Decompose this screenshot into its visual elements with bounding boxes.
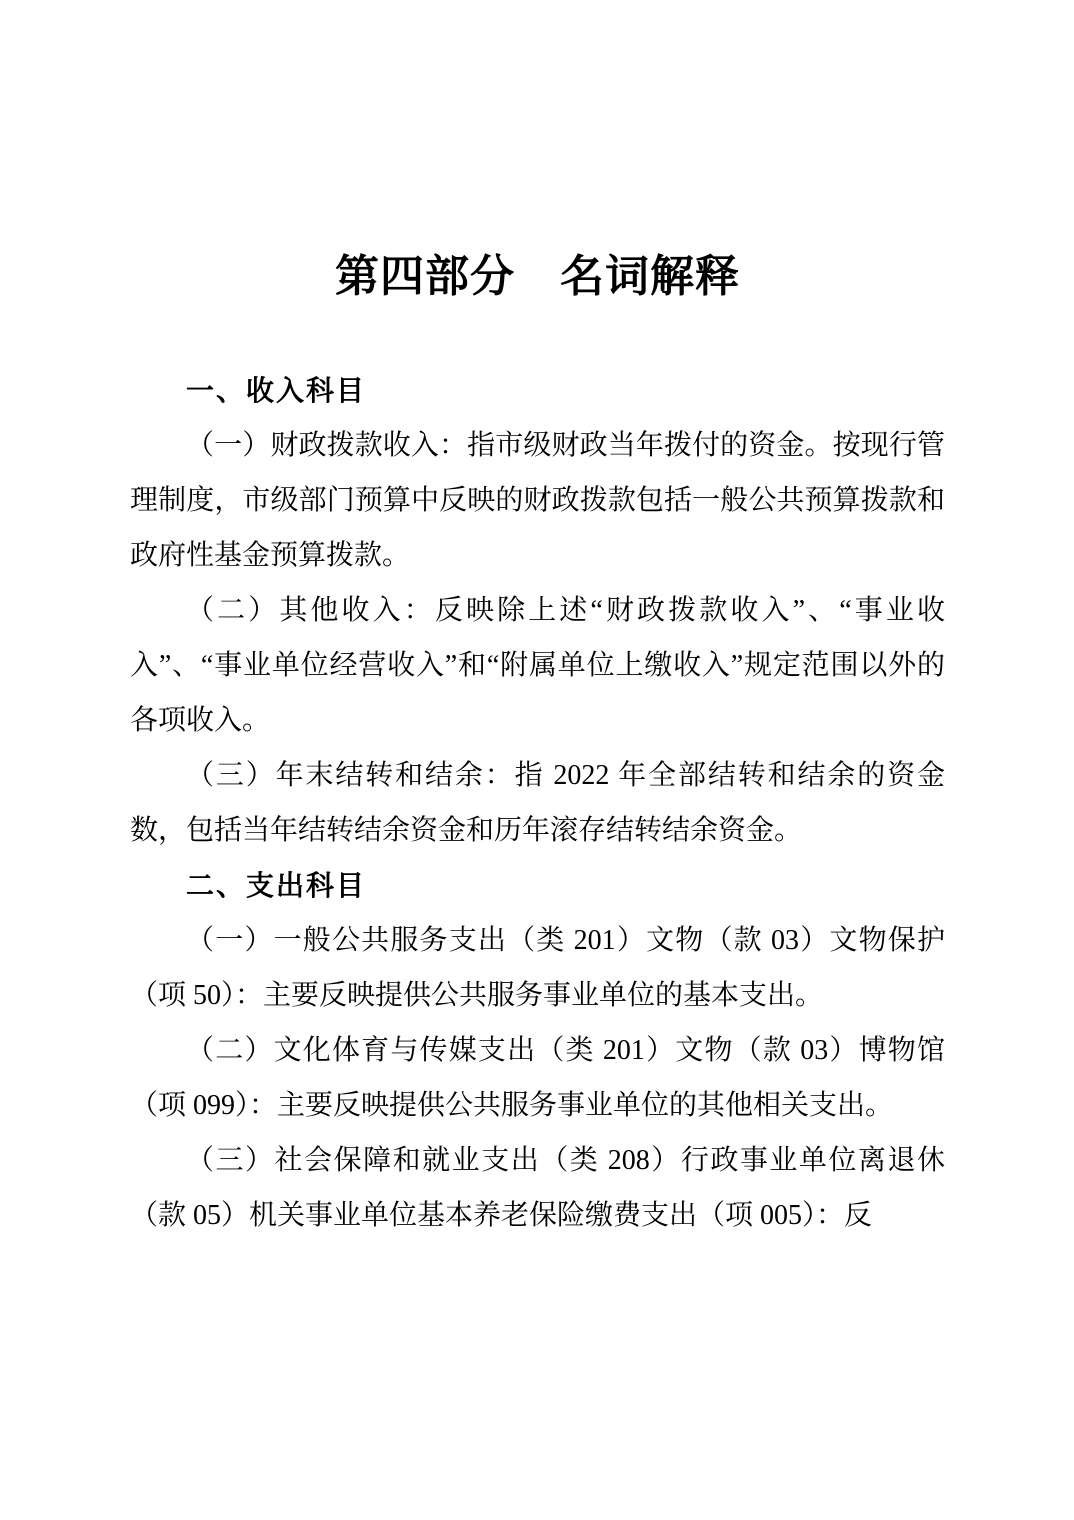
page-title: 第四部分 名词解释 xyxy=(130,253,945,301)
paragraph-expenditure-1: （一）一般公共服务支出（类 201）文物（款 03）文物保护（项 50）：主要反… xyxy=(130,913,945,1023)
paragraph-expenditure-2: （二）文化体育与传媒支出（类 201）文物（款 03）博物馆（项 099）：主要… xyxy=(130,1023,945,1133)
paragraph-income-2: （二）其他收入：反映除上述“财政拨款收入”、“事业收入”、“事业单位经营收入”和… xyxy=(130,583,945,748)
paragraph-income-1: （一）财政拨款收入：指市级财政当年拨付的资金。按现行管理制度，市级部门预算中反映… xyxy=(130,418,945,583)
paragraph-expenditure-3: （三）社会保障和就业支出（类 208）行政事业单位离退休（款 05）机关事业单位… xyxy=(130,1133,945,1243)
paragraph-income-3: （三）年末结转和结余：指 2022 年全部结转和结余的资金数，包括当年结转结余资… xyxy=(130,748,945,858)
document-body: 一、收入科目 （一）财政拨款收入：指市级财政当年拨付的资金。按现行管理制度，市级… xyxy=(130,363,945,1243)
section-heading-expenditure: 二、支出科目 xyxy=(130,858,945,913)
document-page: 第四部分 名词解释 一、收入科目 （一）财政拨款收入：指市级财政当年拨付的资金。… xyxy=(0,0,1074,1520)
section-heading-income: 一、收入科目 xyxy=(130,363,945,418)
document-content: 第四部分 名词解释 一、收入科目 （一）财政拨款收入：指市级财政当年拨付的资金。… xyxy=(130,0,945,1243)
